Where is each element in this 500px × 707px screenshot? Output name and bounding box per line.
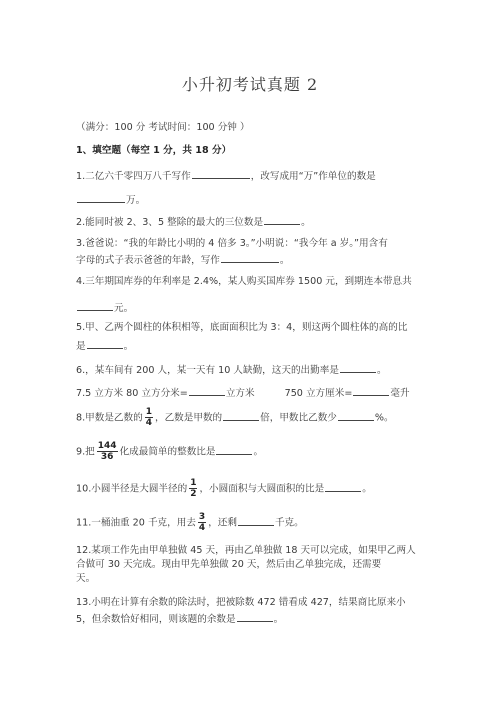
answer-blank[interactable]	[325, 481, 361, 492]
question-4-line-1: 4.三年期国库券的年利率是 2.4%，某人购买国库券 1500 元，到期连本带息…	[76, 276, 412, 288]
question-5-line-1: 5.甲、乙两个圆柱的体积相等，底面面积比为 3：4，则这两个圆柱体的高的比	[76, 322, 407, 334]
question-10: 10.小圆半径是大圆半径的12，小圆面积与大圆面积的比是。	[76, 478, 372, 501]
question-12-line-2: 合做可 30 天完成。现由甲先单独做 20 天，然后由乙单独完成，还需要	[76, 559, 381, 571]
answer-blank[interactable]	[192, 168, 250, 179]
question-9: 9.把14436化成最简单的整数比是。	[76, 441, 263, 464]
question-1-line-1: 1.二亿六千零四万八千写作，改写成用“万”作单位的数是	[76, 168, 376, 183]
question-4-line-2: 元。	[76, 300, 133, 315]
answer-blank[interactable]	[223, 410, 259, 421]
question-11: 11.一桶油重 20 千克，用去34，还剩千克。	[76, 512, 304, 535]
answer-blank[interactable]	[237, 611, 273, 622]
question-13-line-1: 13.小明在计算有余数的除法时，把被除数 472 错看成 427，结果商比原来小	[76, 597, 406, 609]
question-5-line-2: 是。	[76, 338, 133, 353]
fraction: 14436	[97, 441, 118, 462]
question-12-line-1: 12.某项工作先由甲单独做 45 天，再由乙单独做 18 天可以完成，如果甲乙两…	[76, 545, 416, 557]
answer-blank[interactable]	[221, 252, 279, 263]
fraction: 14	[145, 407, 153, 428]
question-12-line-3: 天。	[76, 573, 95, 585]
fraction: 34	[198, 512, 206, 533]
question-1-line-2: 万。	[76, 192, 145, 207]
answer-blank[interactable]	[216, 444, 252, 455]
fraction: 12	[189, 478, 197, 499]
answer-blank[interactable]	[189, 385, 225, 396]
answer-blank[interactable]	[77, 300, 113, 311]
answer-blank[interactable]	[353, 385, 389, 396]
answer-blank[interactable]	[238, 515, 274, 526]
answer-blank[interactable]	[338, 410, 374, 421]
question-7: 7.5 立方米 80 立方分米=立方米750 立方厘米=毫升	[76, 385, 410, 400]
question-8: 8.甲数是乙数的14，乙数是甲数的倍，甲数比乙数少%。	[76, 407, 394, 430]
answer-blank[interactable]	[340, 362, 376, 373]
section-heading: 1、填空题（每空 1 分，共 18 分）	[76, 145, 231, 157]
exam-page: 小升初考试真题 2 （满分：100 分 考试时间：100 分钟 ） 1、填空题（…	[0, 0, 500, 707]
question-3-line-2: 字母的式子表示爸爸的年龄，写作。	[76, 252, 290, 267]
question-3-line-1: 3.爸爸说：“我的年龄比小明的 4 倍多 3。”小明说：“我今年 a 岁。”用含…	[76, 238, 388, 250]
question-6: 6.，某车间有 200 人，某一天有 10 人缺勤，这天的出勤率是。	[76, 362, 387, 377]
exam-meta: （满分：100 分 考试时间：100 分钟 ）	[76, 122, 250, 134]
answer-blank[interactable]	[87, 338, 123, 349]
question-13-line-2: 5，但余数恰好相同，则该题的余数是。	[76, 611, 283, 626]
answer-blank[interactable]	[264, 214, 300, 225]
page-title: 小升初考试真题 2	[0, 72, 500, 95]
question-2: 2.能同时被 2、3、5 整除的最大的三位数是。	[76, 214, 311, 229]
answer-blank[interactable]	[77, 192, 125, 203]
